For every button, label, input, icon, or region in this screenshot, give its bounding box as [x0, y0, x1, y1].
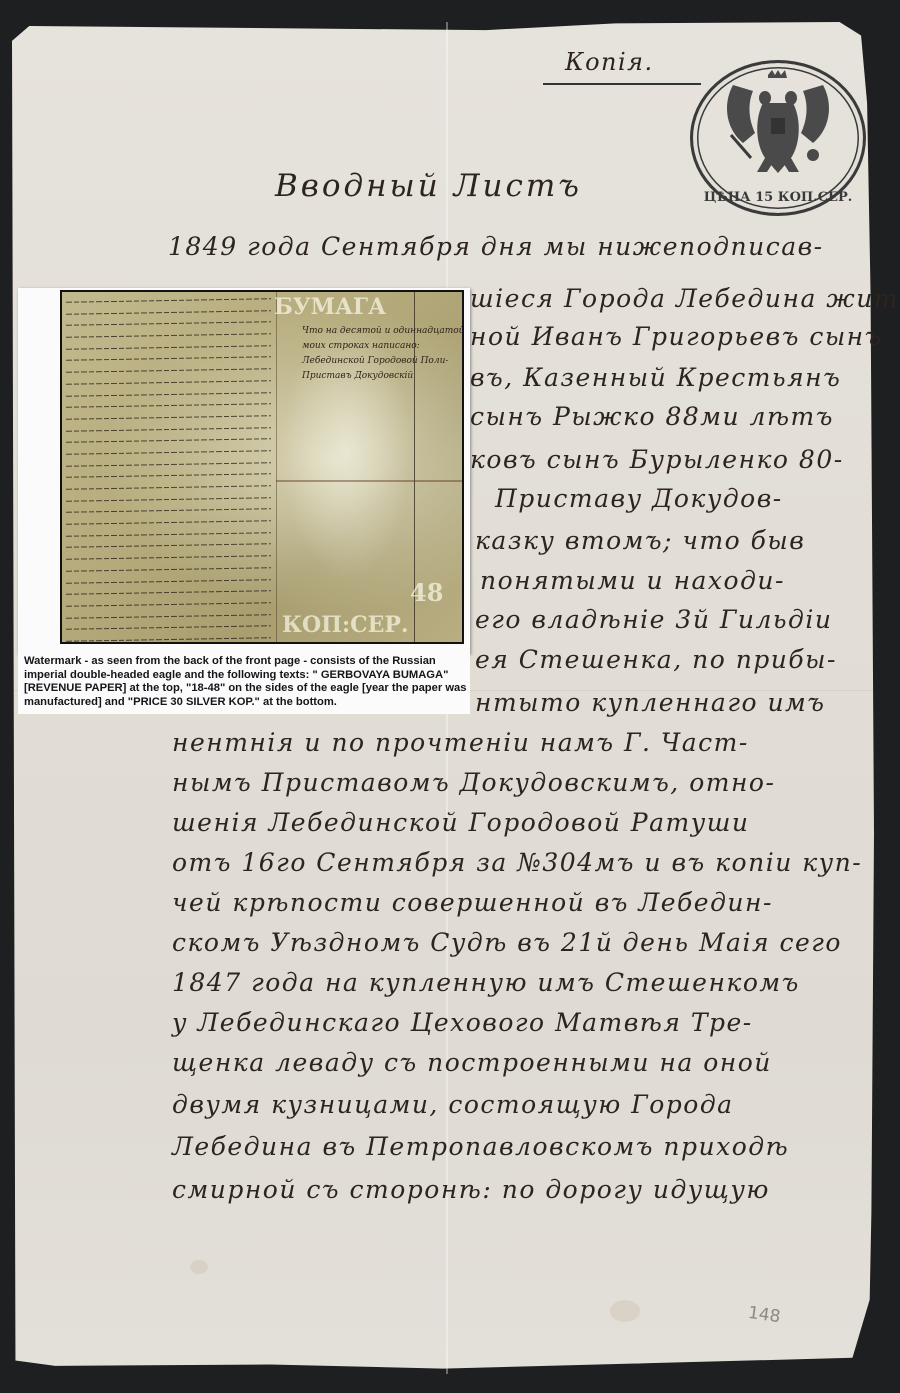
text-line: 1847 года на купленную имъ Стешенкомъ [172, 968, 800, 997]
text-line: скомъ Уѣздномъ Судѣ въ 21й день Маiя сег… [172, 928, 842, 957]
paper-stain [610, 1300, 640, 1322]
paper-stain [190, 1260, 208, 1274]
pencil-page-number: 148 [747, 1303, 782, 1327]
text-line: у Лебединскаго Цехового Матвѣя Тре- [172, 1008, 753, 1037]
text-line: казку втомъ; что быв [475, 526, 805, 555]
fold-line [276, 480, 464, 482]
text-line: щенка леваду съ построенными на оной [172, 1048, 772, 1077]
watermark-photo: БУМАГА 48 КОП:СЕР. Что на десятой и один… [60, 290, 464, 644]
copy-mark: Копія. [565, 48, 654, 76]
text-line: шiеся Города Лебедина жители и сандiе [470, 284, 900, 313]
text-line: двумя кузницами, состоящую Города [172, 1090, 734, 1119]
text-line: сынъ Рыжко 88ми лѣтъ [470, 402, 834, 431]
text-line: отъ 16го Сентября за №304мъ и въ копiи к… [172, 848, 862, 877]
text-line: Приставу Докудов- [495, 484, 783, 513]
text-line: шенiя Лебединской Городовой Ратуши [172, 808, 750, 837]
text-line: нентнiя и по прочтенiи намъ Г. Част- [172, 728, 749, 757]
watermark-text-top: БУМАГА [274, 294, 386, 320]
text-line: нтыто купленнаго имъ [475, 688, 825, 717]
copy-mark-underline [543, 83, 701, 85]
text-line: чей крѣпости совершенной въ Лебедин- [172, 888, 773, 917]
text-line: понятыми и находи- [480, 566, 785, 595]
text-line: 1849 года Сентября дня мы нижеподписав- [168, 232, 824, 261]
text-line: смирной съ сторонѣ: по дорогу идущую [172, 1175, 770, 1204]
text-line: ея Стешенка, по прибы- [475, 645, 837, 674]
watermark-text-year: 48 [410, 578, 443, 607]
text-line: Лебедина въ Петропавловскомъ приходѣ [172, 1132, 789, 1161]
text-line: ковъ сынъ Бурыленко 80- [470, 445, 844, 474]
fold-line [276, 292, 277, 642]
svg-text:ЦѢНА 15 КОП.СЕР.: ЦѢНА 15 КОП.СЕР. [704, 190, 853, 205]
reverse-note: Что на десятой и одиннадцатой моих строк… [302, 324, 464, 384]
text-line: въ, Казенный Крестьянъ [470, 363, 841, 392]
text-line: нымъ Приставомъ Докудовскимъ, отно- [172, 768, 775, 797]
watermark-caption: Watermark - as seen from the back of the… [24, 655, 469, 710]
text-line: его владѣнiе 3й Гильдiи [475, 605, 833, 634]
revenue-stamp: ЦѢНА 15 КОП.СЕР. [690, 60, 866, 216]
double-headed-eagle-icon: ЦѢНА 15 КОП.СЕР. [693, 63, 863, 213]
reverse-handwriting [66, 300, 271, 644]
document-title: Вводный Листъ [275, 168, 582, 204]
text-line: ной Иванъ Григорьевъ сынъ [470, 322, 883, 351]
watermark-text-bottom: КОП:СЕР. [282, 612, 409, 638]
